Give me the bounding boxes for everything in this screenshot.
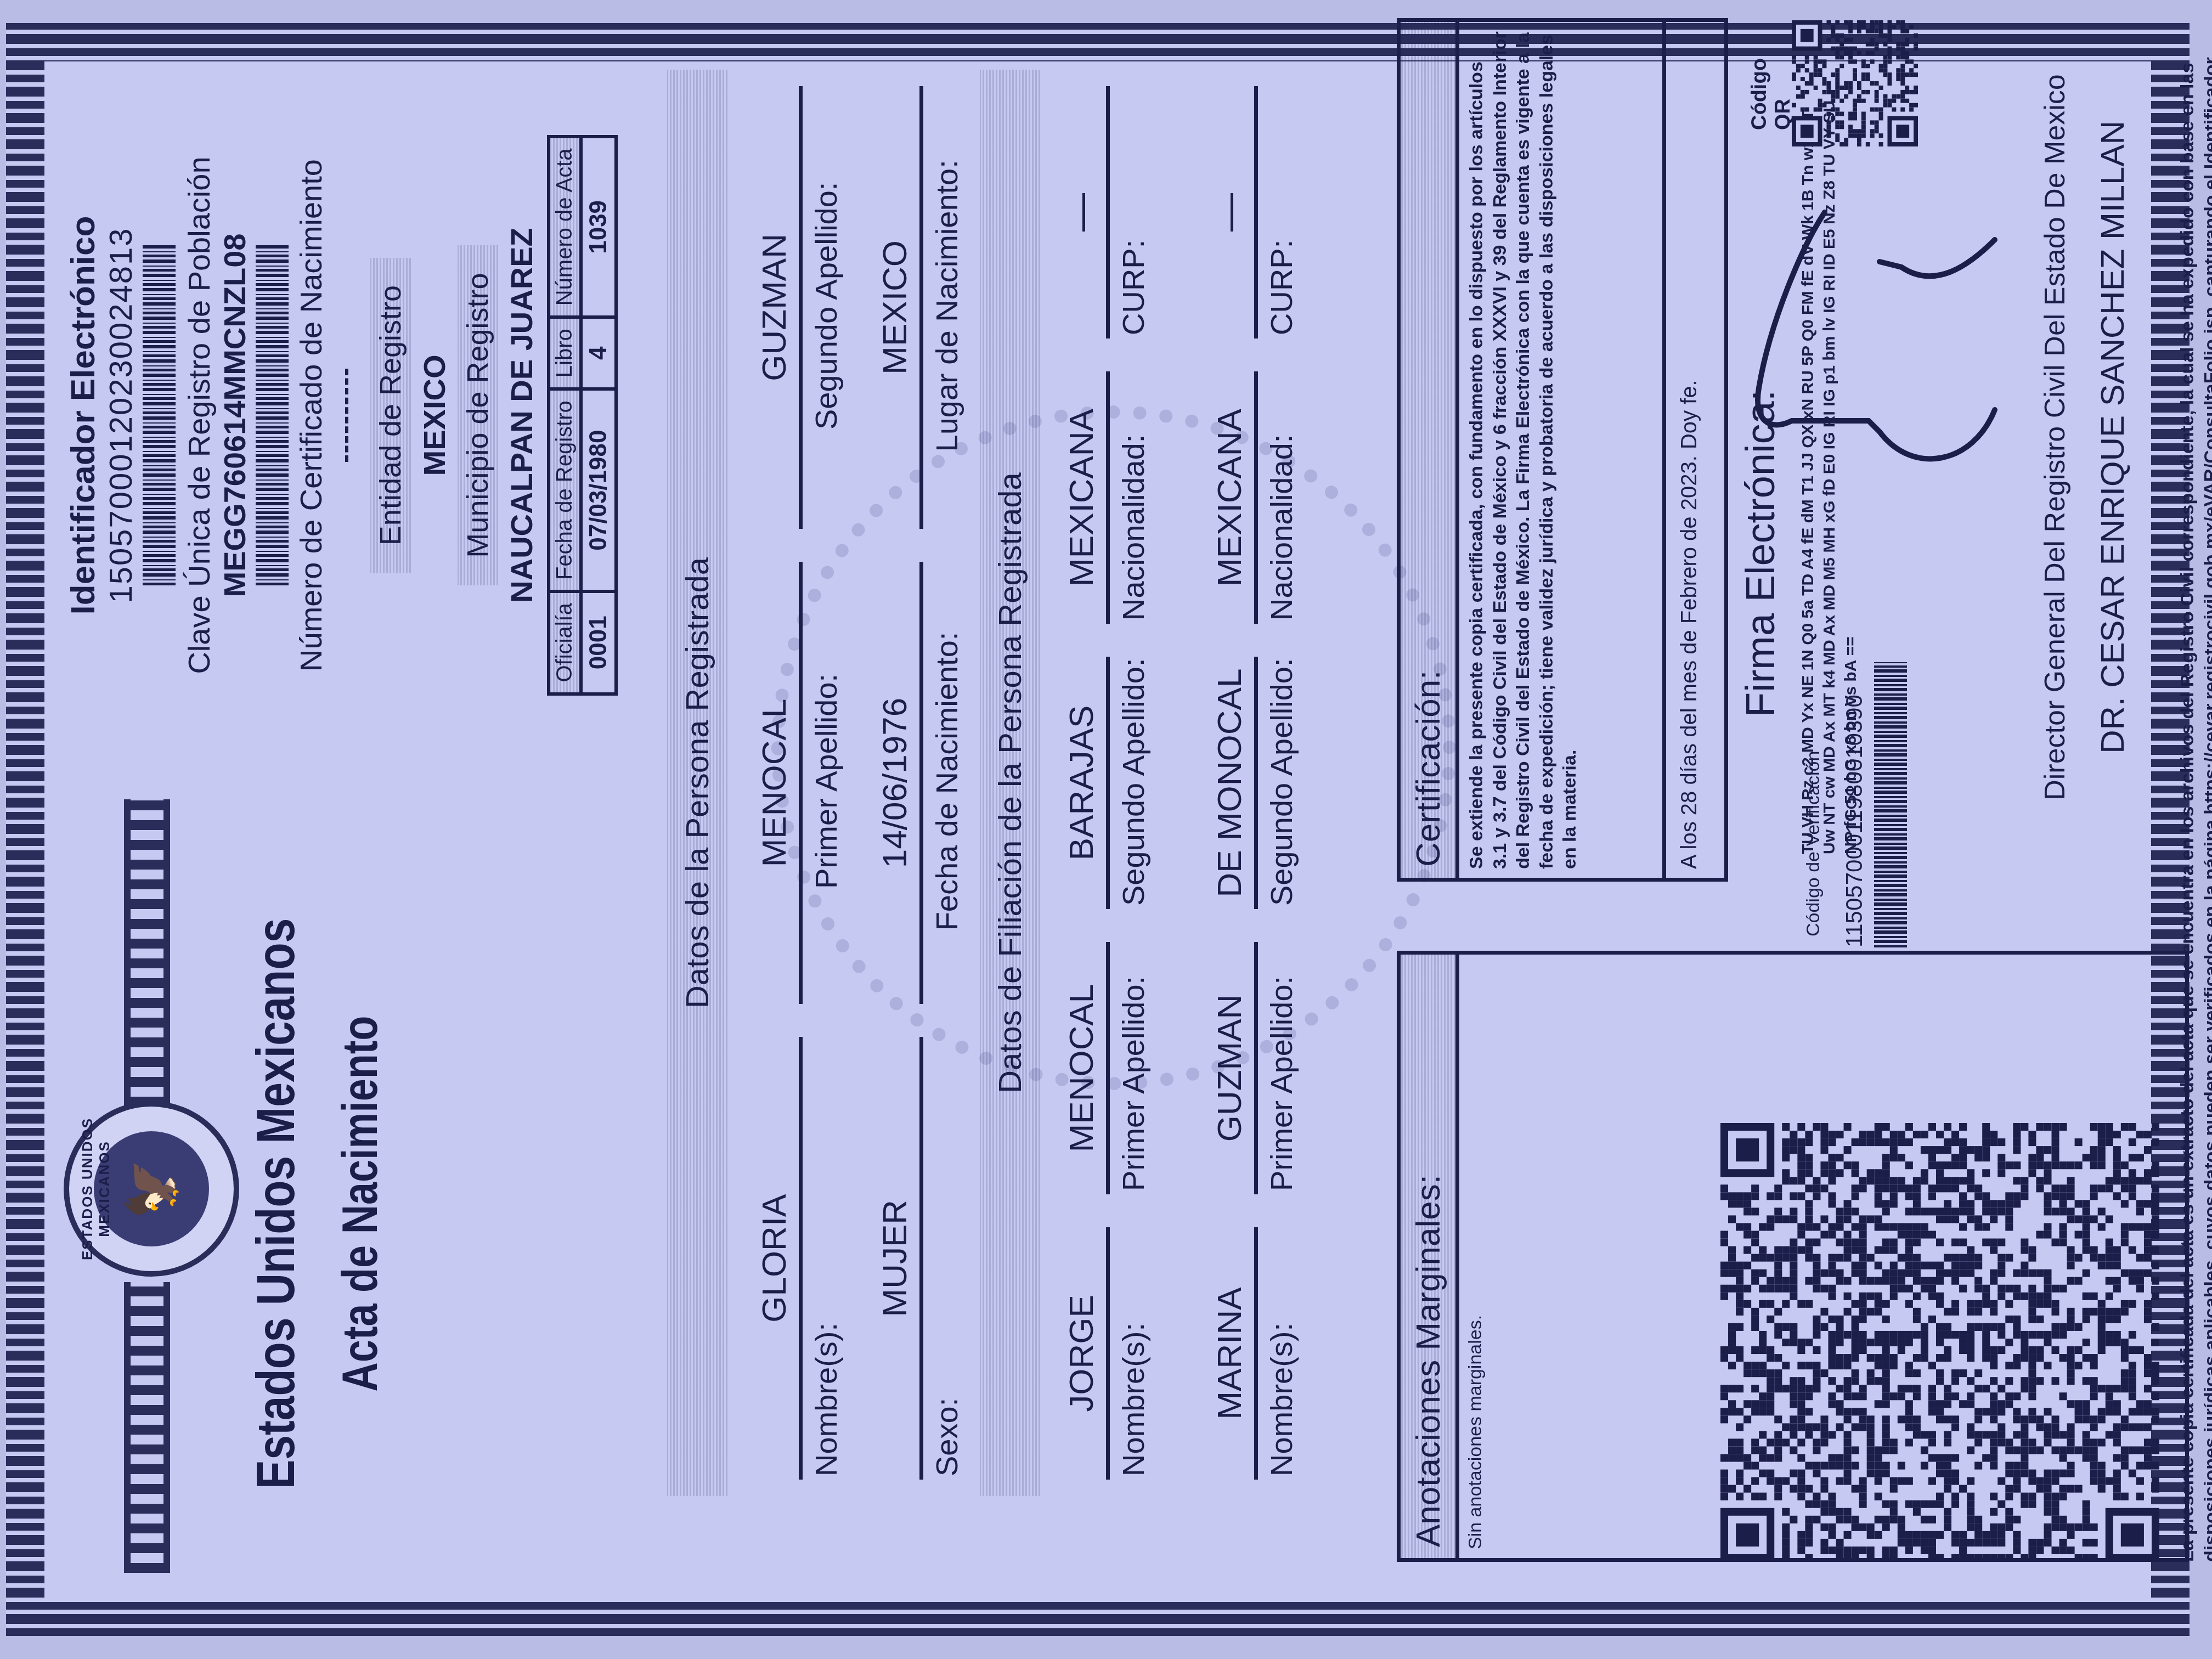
padre-primer-apellido-label: Primer Apellido: <box>1106 942 1151 1194</box>
lugar-nacimiento-value: MEXICO <box>876 86 919 529</box>
madre-primer-apellido-value: GUZMAN <box>1210 942 1254 1194</box>
municipio-value: NAUCALPAN DE JUAREZ <box>504 59 539 772</box>
lugar-nacimiento-label: Lugar de Nacimiento: <box>919 86 964 529</box>
fecha-registro-value: 07/03/1980 <box>581 389 616 591</box>
padre-segundo-apellido-value: BARAJAS <box>1062 657 1106 909</box>
curp-barcode-icon <box>256 245 289 585</box>
segundo-apellido-field: GUZMAN Segundo Apellido: <box>755 70 844 545</box>
certificacion-text: Se extiende la presente copia certificad… <box>1459 22 1666 878</box>
padre-curp-value <box>1062 86 1106 338</box>
oficialia-header: Oficialía <box>549 591 581 694</box>
padre-nacionalidad-value: MEXICANA <box>1062 371 1106 624</box>
birth-certificate-document: ESTADOS UNIDOS MEXICANOS 🦅 Estados Unido… <box>6 23 2190 1636</box>
sexo-label: Sexo: <box>919 1037 964 1480</box>
anotaciones-heading: Anotaciones Marginales: <box>1401 955 1459 1558</box>
padre-nombre-field: JORGE Nombre(s): <box>1062 1211 1151 1496</box>
madre-nombre-label: Nombre(s): <box>1254 1227 1299 1480</box>
identificador-barcode-icon <box>143 245 176 585</box>
fecha-registro-header: Fecha de Registro <box>549 389 581 591</box>
primer-apellido-value: MENOCAL <box>755 562 799 1005</box>
verificacion-label: Código de Verificación <box>1803 751 1824 936</box>
madre-nombre-value: MARINA <box>1210 1227 1254 1480</box>
madre-nacionalidad-value: MEXICANA <box>1210 371 1254 624</box>
madre-nacionalidad-field: MEXICANA Nacionalidad: <box>1210 355 1299 640</box>
madre-curp-field: CURP: <box>1210 70 1299 355</box>
certificado-value-empty <box>345 369 348 462</box>
padre-segundo-apellido-field: BARAJAS Segundo Apellido: <box>1062 640 1151 926</box>
padre-curp-label: CURP: <box>1106 86 1151 338</box>
libro-value: 4 <box>581 317 616 389</box>
libro-header: Libro <box>549 317 581 389</box>
primer-apellido-label: Primer Apellido: <box>799 562 844 1005</box>
numero-acta-value: 1039 <box>581 137 616 317</box>
primer-apellido-field: MENOCAL Primer Apellido: <box>755 545 844 1021</box>
madre-segundo-apellido-value: DE MONOCAL <box>1210 657 1254 909</box>
padre-segundo-apellido-label: Segundo Apellido: <box>1106 657 1151 909</box>
header-emblem-band: ESTADOS UNIDOS MEXICANOS 🦅 <box>58 761 239 1584</box>
filiacion-heading: Datos de Filiación de la Persona Registr… <box>980 70 1040 1496</box>
madre-segundo-apellido-field: DE MONOCAL Segundo Apellido: <box>1210 640 1299 926</box>
sexo-value: MUJER <box>876 1037 919 1480</box>
padre-row: JORGE Nombre(s): MENOCAL Primer Apellido… <box>1062 70 1151 1496</box>
madre-nacionalidad-label: Nacionalidad: <box>1254 371 1299 624</box>
padre-nacionalidad-field: MEXICANA Nacionalidad: <box>1062 355 1151 640</box>
madre-primer-apellido-field: GUZMAN Primer Apellido: <box>1210 926 1299 1211</box>
qr-label: Código QR <box>1748 58 1795 130</box>
nombre-field: GLORIA Nombre(s): <box>755 1020 844 1496</box>
padre-nacionalidad-label: Nacionalidad: <box>1106 371 1151 624</box>
curp-label: Clave Única de Registro de Población <box>181 59 217 772</box>
oficialia-value: 0001 <box>581 591 616 694</box>
handwritten-signature-icon <box>1737 190 2022 498</box>
lugar-nacimiento-field: MEXICO Lugar de Nacimiento: <box>876 70 964 545</box>
madre-curp-value <box>1210 86 1254 338</box>
madre-segundo-apellido-label: Segundo Apellido: <box>1254 657 1299 909</box>
footer-legal-note: La presente copia certificada del acta e… <box>2176 26 2212 1562</box>
document-body: ESTADOS UNIDOS MEXICANOS 🦅 Estados Unido… <box>58 75 2137 1584</box>
fecha-nacimiento-value: 14/06/1976 <box>876 562 919 1005</box>
certificacion-date: A los 28 días del mes de Febrero de 2023… <box>1666 22 1713 878</box>
seal-text: ESTADOS UNIDOS MEXICANOS <box>79 1107 113 1271</box>
identificador-label: Identificador Electrónico <box>64 59 103 772</box>
padre-nombre-label: Nombre(s): <box>1106 1227 1151 1480</box>
greca-ornament-right-icon <box>124 799 170 1107</box>
qr-code-small-icon <box>1792 20 1918 146</box>
madre-nombre-field: MARINA Nombre(s): <box>1210 1211 1299 1496</box>
madre-primer-apellido-label: Primer Apellido: <box>1254 942 1299 1194</box>
nombre-label: Nombre(s): <box>799 1037 844 1480</box>
verificacion-value: 115057000119800103​90 <box>1841 695 1867 947</box>
certificacion-box: Certificación: Se extiende la presente c… <box>1397 18 1728 882</box>
numero-acta-header: Número de Acta <box>549 137 581 317</box>
entidad-value: MEXICO <box>416 59 452 772</box>
document-title: Acta de Nacimiento <box>332 911 389 1496</box>
registro-table: Oficialía Fecha de Registro Libro Número… <box>547 135 618 695</box>
identificador-value: 15057000120230024813 <box>103 59 139 772</box>
municipio-label: Municipio de Registro <box>458 245 498 585</box>
anotaciones-text: Sin anotaciones marginales. <box>1459 955 1492 1558</box>
segundo-apellido-value: GUZMAN <box>755 86 799 529</box>
entidad-label: Entidad de Registro <box>370 258 411 573</box>
national-coat-of-arms-icon: ESTADOS UNIDOS MEXICANOS 🦅 <box>64 1101 239 1277</box>
padre-primer-apellido-value: MENOCAL <box>1062 942 1106 1194</box>
country-title: Estados Unidos Mexicanos <box>245 911 307 1496</box>
registration-info-block: Identificador Electrónico 15057000120230… <box>58 59 618 772</box>
padre-primer-apellido-field: MENOCAL Primer Apellido: <box>1062 926 1151 1211</box>
padre-curp-field: CURP: <box>1062 70 1151 355</box>
madre-curp-label: CURP: <box>1254 86 1299 338</box>
sexo-field: MUJER Sexo: <box>876 1020 964 1496</box>
curp-value: MEGG760614MMCNZL08 <box>217 59 252 772</box>
fecha-nacimiento-field: 14/06/1976 Fecha de Nacimiento: <box>876 545 964 1021</box>
persona-heading: Datos de la Persona Registrada <box>667 70 727 1496</box>
qr-code-large-icon <box>1720 1123 2159 1562</box>
director-name: DR. CESAR ENRIQUE SANCHEZ MILLAN <box>2093 20 2131 854</box>
madre-row: MARINA Nombre(s): GUZMAN Primer Apellido… <box>1210 70 1299 1496</box>
padre-nombre-value: JORGE <box>1062 1227 1106 1480</box>
segundo-apellido-label: Segundo Apellido: <box>799 86 844 529</box>
certificado-label: Número de Certificado de Nacimiento <box>293 59 329 772</box>
persona-birth-row: MUJER Sexo: 14/06/1976 Fecha de Nacimien… <box>876 70 964 1496</box>
certificacion-heading: Certificación: <box>1401 22 1459 878</box>
verificacion-barcode-icon <box>1874 662 1907 947</box>
greca-ornament-left-icon <box>124 1282 170 1573</box>
fecha-nacimiento-label: Fecha de Nacimiento: <box>919 562 964 1005</box>
persona-name-row: GLORIA Nombre(s): MENOCAL Primer Apellid… <box>755 70 844 1496</box>
nombre-value: GLORIA <box>755 1037 799 1480</box>
director-title: Director General Del Registro Civil Del … <box>2039 20 2072 854</box>
